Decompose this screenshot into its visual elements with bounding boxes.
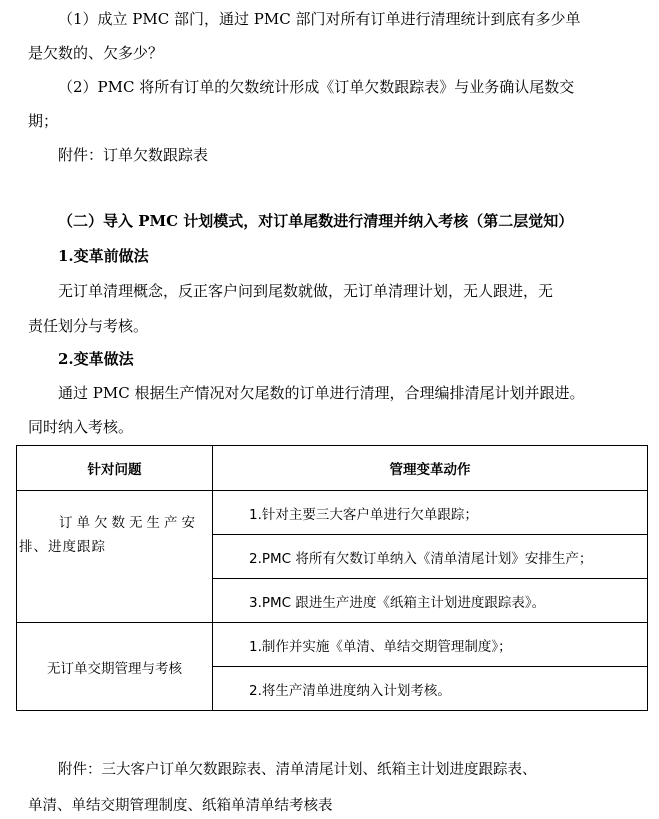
header-issue: 针对问题 [17,446,213,491]
before-reform-line-2: 责任划分与考核。 [28,316,148,336]
table-row: 订单欠数无生产安 排、进度跟踪 1.针对主要三大客户单进行欠单跟踪； [17,491,648,535]
paragraph-2-line-1: （2）PMC 将所有订单的欠数统计形成《订单欠数跟踪表》与业务确认尾数交 [58,77,574,97]
action-cell: 2.PMC 将所有欠数订单纳入《清单清尾计划》安排生产； [213,535,648,579]
issue-cell: 无订单交期管理与考核 [17,623,213,711]
reform-method-line-2: 同时纳入考核。 [28,417,133,437]
section-heading: （二）导入 PMC 计划模式，对订单尾数进行清理并纳入考核（第二层觉知） [58,211,573,231]
issue-text-line-2: 排、进度跟踪 [17,535,212,559]
action-cell: 2.将生产清单进度纳入计划考核。 [213,667,648,711]
before-reform-line-1: 无订单清理概念，反正客户问到尾数就做，无订单清理计划，无人跟进，无 [58,281,553,301]
subheading-reform-method: 2.变革做法 [58,349,134,369]
action-cell: 1.针对主要三大客户单进行欠单跟踪； [213,491,648,535]
subheading-before-reform: 1.变革前做法 [58,246,149,266]
header-actions: 管理变革动作 [213,446,648,491]
action-cell: 1.制作并实施《单清、单结交期管理制度》； [213,623,648,667]
attachment-note-2-line-2: 单清、单结交期管理制度、纸箱单清单结考核表 [28,796,333,816]
issue-cell: 订单欠数无生产安 排、进度跟踪 [17,491,213,623]
attachment-note-2-line-1: 附件：三大客户订单欠数跟踪表、清单清尾计划、纸箱主计划进度跟踪表、 [58,760,537,780]
paragraph-1-line-1: （1）成立 PMC 部门，通过 PMC 部门对所有订单进行清理统计到底有多少单 [58,9,580,29]
table-header-row: 针对问题 管理变革动作 [17,446,648,491]
paragraph-1-line-2: 是欠数的、欠多少？ [28,43,163,63]
issue-text-line-1: 订单欠数无生产安 [17,511,212,535]
reform-table: 针对问题 管理变革动作 订单欠数无生产安 排、进度跟踪 1.针对主要三大客户单进… [16,445,648,711]
table-row: 无订单交期管理与考核 1.制作并实施《单清、单结交期管理制度》； [17,623,648,667]
reform-method-line-1: 通过 PMC 根据生产情况对欠尾数的订单进行清理，合理编排清尾计划并跟进。 [58,383,584,403]
attachment-note-1: 附件：订单欠数跟踪表 [58,145,208,165]
paragraph-2-line-2: 期； [28,111,58,131]
action-cell: 3.PMC 跟进生产进度《纸箱主计划进度跟踪表》。 [213,579,648,623]
